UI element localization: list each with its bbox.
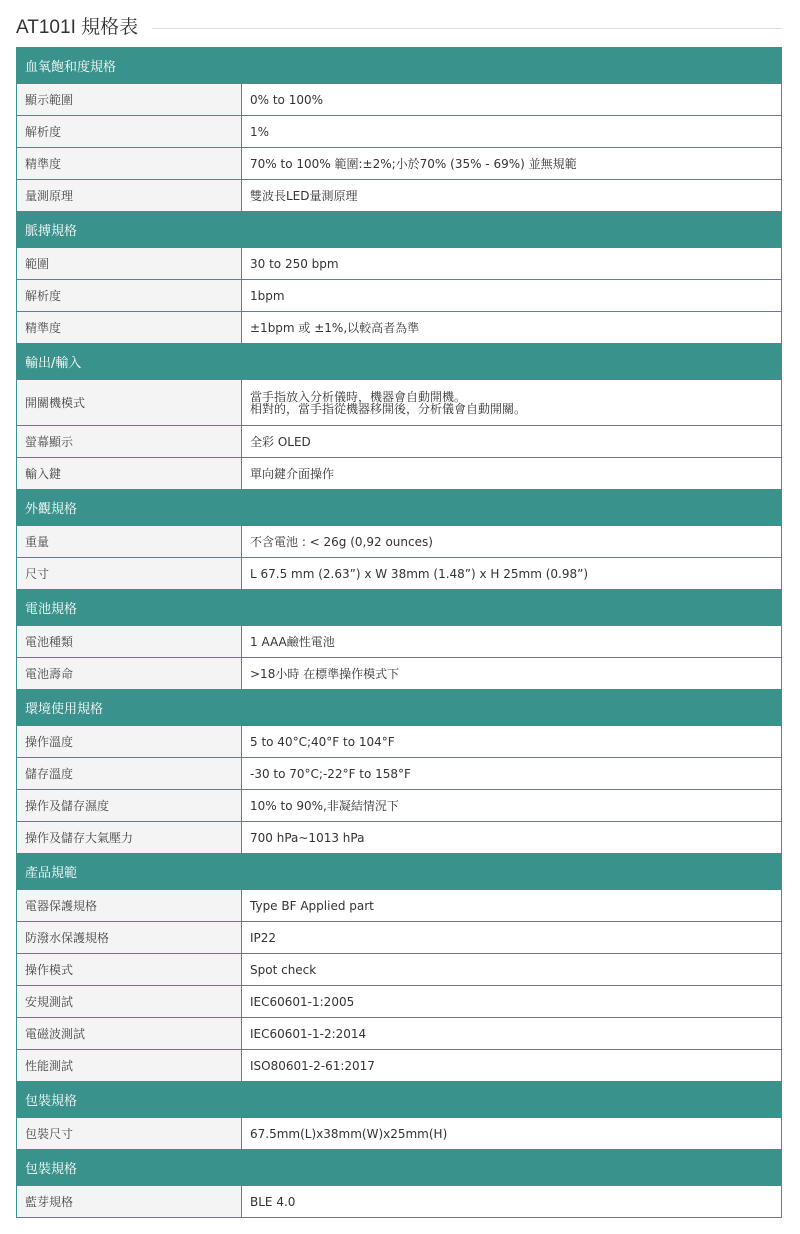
spec-table: 血氧飽和度規格 顯示範圍0% to 100% 解析度1% 精準度70% to 1… bbox=[16, 47, 782, 1218]
table-row: 電器保護規格Type BF Applied part bbox=[17, 890, 782, 922]
section-title: 包裝規格 bbox=[17, 1150, 782, 1186]
table-row: 精準度±1bpm 或 ±1%,以較高者為準 bbox=[17, 312, 782, 344]
table-row: 範圍30 to 250 bpm bbox=[17, 248, 782, 280]
table-row: 精準度70% to 100% 範圍:±2%;小於70% (35% - 69%) … bbox=[17, 148, 782, 180]
page-title: AT101I 規格表 bbox=[16, 12, 138, 39]
spec-label: 量測原理 bbox=[17, 180, 242, 212]
spec-label: 電池種類 bbox=[17, 626, 242, 658]
spec-label: 精準度 bbox=[17, 148, 242, 180]
spec-label: 解析度 bbox=[17, 116, 242, 148]
spec-label: 性能測試 bbox=[17, 1050, 242, 1082]
spec-value: 全彩 OLED bbox=[242, 426, 782, 458]
spec-value-line: 當手指放入分析儀時，機器會自動開機。 bbox=[250, 391, 773, 403]
spec-label: 電池壽命 bbox=[17, 658, 242, 690]
spec-label: 電磁波測試 bbox=[17, 1018, 242, 1050]
spec-label: 範圍 bbox=[17, 248, 242, 280]
section-title: 產品規範 bbox=[17, 854, 782, 890]
table-row: 操作及儲存濕度10% to 90%,非凝結情況下 bbox=[17, 790, 782, 822]
spec-label: 藍芽規格 bbox=[17, 1186, 242, 1218]
table-row: 解析度1bpm bbox=[17, 280, 782, 312]
section-header-packaging-2: 包裝規格 bbox=[17, 1150, 782, 1186]
spec-label: 解析度 bbox=[17, 280, 242, 312]
spec-value: 5 to 40°C;40°F to 104°F bbox=[242, 726, 782, 758]
section-title: 血氧飽和度規格 bbox=[17, 48, 782, 84]
spec-label: 包裝尺寸 bbox=[17, 1118, 242, 1150]
spec-value: 當手指放入分析儀時，機器會自動開機。相對的，當手指從機器移開後，分析儀會自動開關… bbox=[242, 380, 782, 426]
spec-value: 不含電池 : < 26g (0,92 ounces) bbox=[242, 526, 782, 558]
spec-value: IEC60601-1-2:2014 bbox=[242, 1018, 782, 1050]
section-title: 輸出/輸入 bbox=[17, 344, 782, 380]
table-row: 解析度1% bbox=[17, 116, 782, 148]
spec-label: 螢幕顯示 bbox=[17, 426, 242, 458]
spec-value: -30 to 70°C;-22°F to 158°F bbox=[242, 758, 782, 790]
spec-value: BLE 4.0 bbox=[242, 1186, 782, 1218]
table-row: 安規測試IEC60601-1:2005 bbox=[17, 986, 782, 1018]
spec-label: 儲存溫度 bbox=[17, 758, 242, 790]
spec-label: 安規測試 bbox=[17, 986, 242, 1018]
spec-label: 操作及儲存濕度 bbox=[17, 790, 242, 822]
title-divider bbox=[152, 28, 782, 29]
table-row: 操作及儲存大氣壓力700 hPa~1013 hPa bbox=[17, 822, 782, 854]
table-row: 藍芽規格BLE 4.0 bbox=[17, 1186, 782, 1218]
spec-value: 67.5mm(L)x38mm(W)x25mm(H) bbox=[242, 1118, 782, 1150]
section-title: 包裝規格 bbox=[17, 1082, 782, 1118]
section-header-spo2: 血氧飽和度規格 bbox=[17, 48, 782, 84]
spec-value: IEC60601-1:2005 bbox=[242, 986, 782, 1018]
table-row: 重量不含電池 : < 26g (0,92 ounces) bbox=[17, 526, 782, 558]
table-row: 量測原理雙波長LED量測原理 bbox=[17, 180, 782, 212]
spec-label: 操作模式 bbox=[17, 954, 242, 986]
spec-label: 電器保護規格 bbox=[17, 890, 242, 922]
table-row: 防潑水保護規格IP22 bbox=[17, 922, 782, 954]
section-title: 脈搏規格 bbox=[17, 212, 782, 248]
spec-label: 防潑水保護規格 bbox=[17, 922, 242, 954]
spec-value: Type BF Applied part bbox=[242, 890, 782, 922]
spec-value: Spot check bbox=[242, 954, 782, 986]
spec-value: >18小時 在標準操作模式下 bbox=[242, 658, 782, 690]
table-row: 性能測試ISO80601-2-61:2017 bbox=[17, 1050, 782, 1082]
spec-value: IP22 bbox=[242, 922, 782, 954]
section-title: 外觀規格 bbox=[17, 490, 782, 526]
section-header-io: 輸出/輸入 bbox=[17, 344, 782, 380]
section-header-standards: 產品規範 bbox=[17, 854, 782, 890]
spec-value: ISO80601-2-61:2017 bbox=[242, 1050, 782, 1082]
table-row: 螢幕顯示全彩 OLED bbox=[17, 426, 782, 458]
spec-value: 單向鍵介面操作 bbox=[242, 458, 782, 490]
title-bar: AT101I 規格表 bbox=[16, 10, 782, 40]
spec-value: 10% to 90%,非凝結情況下 bbox=[242, 790, 782, 822]
section-header-pulse: 脈搏規格 bbox=[17, 212, 782, 248]
spec-value: 1% bbox=[242, 116, 782, 148]
section-header-packaging: 包裝規格 bbox=[17, 1082, 782, 1118]
spec-label: 操作及儲存大氣壓力 bbox=[17, 822, 242, 854]
spec-value: 30 to 250 bpm bbox=[242, 248, 782, 280]
table-row: 尺寸L 67.5 mm (2.63”) x W 38mm (1.48”) x H… bbox=[17, 558, 782, 590]
spec-label: 精準度 bbox=[17, 312, 242, 344]
table-row: 顯示範圍0% to 100% bbox=[17, 84, 782, 116]
spec-value-line: 相對的，當手指從機器移開後，分析儀會自動開關。 bbox=[250, 403, 773, 415]
spec-value: 0% to 100% bbox=[242, 84, 782, 116]
table-row: 電池種類1 AAA鹼性電池 bbox=[17, 626, 782, 658]
spec-label: 輸入鍵 bbox=[17, 458, 242, 490]
spec-label: 操作溫度 bbox=[17, 726, 242, 758]
table-row: 操作模式Spot check bbox=[17, 954, 782, 986]
table-row: 電池壽命>18小時 在標準操作模式下 bbox=[17, 658, 782, 690]
spec-value: 70% to 100% 範圍:±2%;小於70% (35% - 69%) 並無規… bbox=[242, 148, 782, 180]
spec-label: 尺寸 bbox=[17, 558, 242, 590]
spec-label: 顯示範圍 bbox=[17, 84, 242, 116]
section-header-environment: 環境使用規格 bbox=[17, 690, 782, 726]
spec-label: 重量 bbox=[17, 526, 242, 558]
section-header-battery: 電池規格 bbox=[17, 590, 782, 626]
table-row: 開關機模式當手指放入分析儀時，機器會自動開機。相對的，當手指從機器移開後，分析儀… bbox=[17, 380, 782, 426]
spec-value: 雙波長LED量測原理 bbox=[242, 180, 782, 212]
spec-value: 1 AAA鹼性電池 bbox=[242, 626, 782, 658]
section-title: 電池規格 bbox=[17, 590, 782, 626]
spec-value: 1bpm bbox=[242, 280, 782, 312]
spec-value: 700 hPa~1013 hPa bbox=[242, 822, 782, 854]
spec-label: 開關機模式 bbox=[17, 380, 242, 426]
table-row: 輸入鍵單向鍵介面操作 bbox=[17, 458, 782, 490]
section-title: 環境使用規格 bbox=[17, 690, 782, 726]
table-row: 儲存溫度-30 to 70°C;-22°F to 158°F bbox=[17, 758, 782, 790]
table-row: 操作溫度5 to 40°C;40°F to 104°F bbox=[17, 726, 782, 758]
spec-value: ±1bpm 或 ±1%,以較高者為準 bbox=[242, 312, 782, 344]
table-row: 電磁波測試IEC60601-1-2:2014 bbox=[17, 1018, 782, 1050]
table-row: 包裝尺寸67.5mm(L)x38mm(W)x25mm(H) bbox=[17, 1118, 782, 1150]
spec-value: L 67.5 mm (2.63”) x W 38mm (1.48”) x H 2… bbox=[242, 558, 782, 590]
section-header-appearance: 外觀規格 bbox=[17, 490, 782, 526]
